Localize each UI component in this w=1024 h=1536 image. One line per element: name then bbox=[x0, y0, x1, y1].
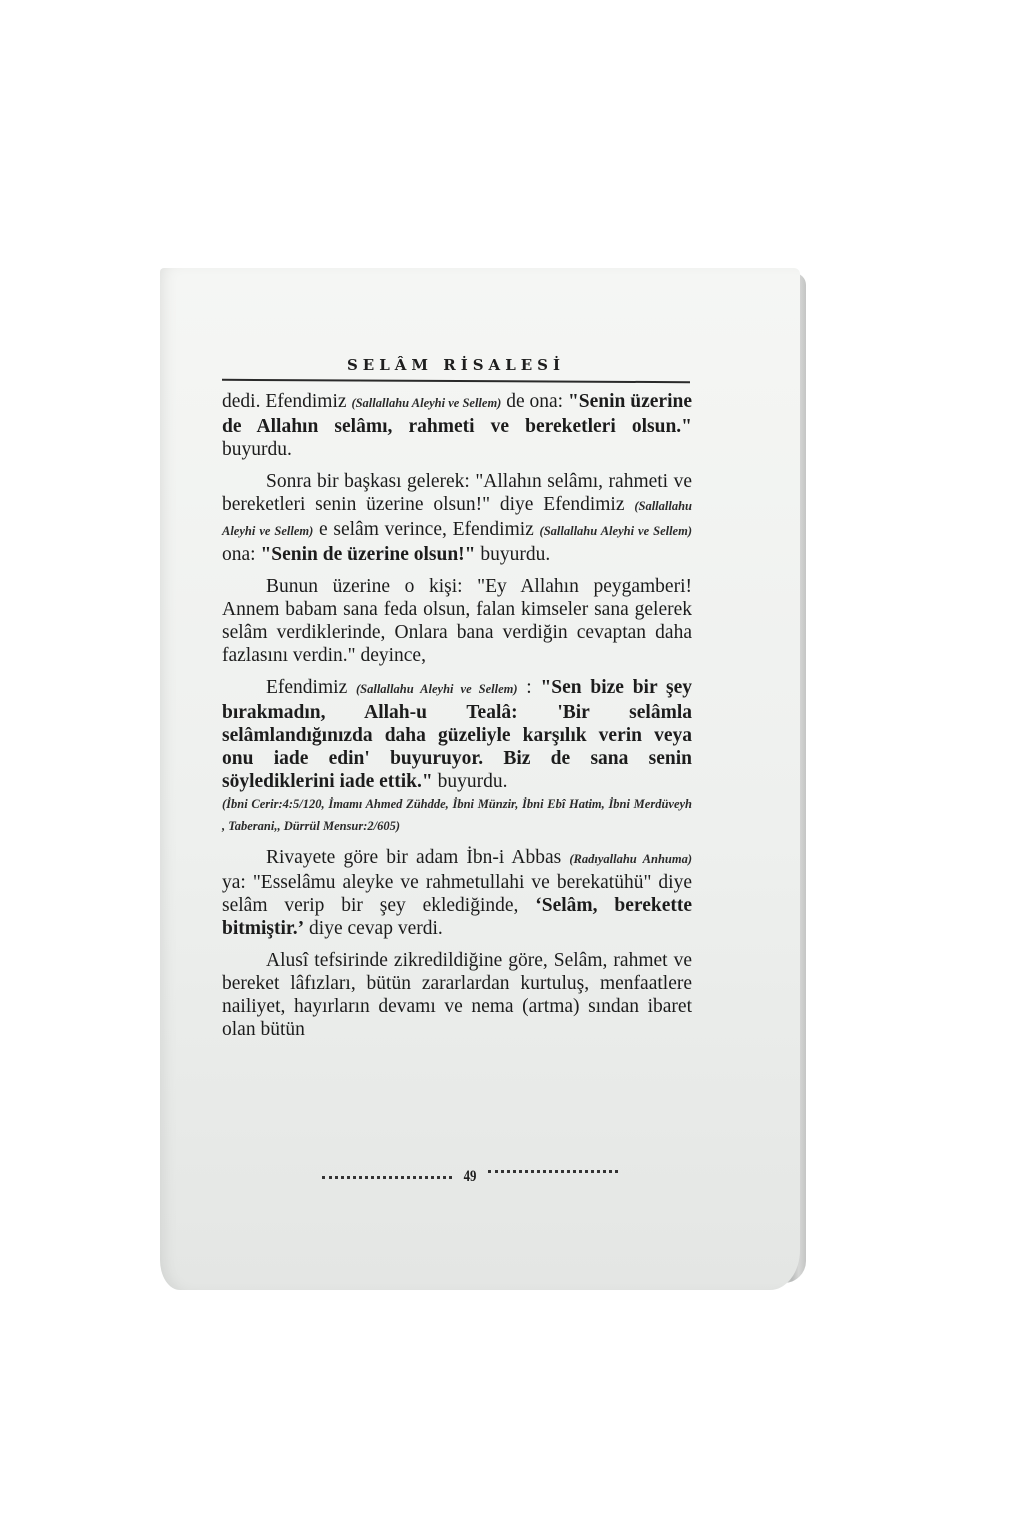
honorific: (Sallallahu Aleyhi ve Sellem) bbox=[351, 396, 501, 410]
dotted-leader-left bbox=[322, 1176, 452, 1179]
text-run: dedi. Efendimiz bbox=[222, 391, 351, 412]
text-run: : bbox=[518, 677, 541, 698]
paragraph-2: Sonra bir başkası gelerek: "Allahın selâ… bbox=[222, 470, 692, 566]
text-run: Efendimiz bbox=[266, 677, 356, 698]
book-page: SELÂM RİSALESİ dedi. Efendimiz (Sallalla… bbox=[160, 268, 800, 1290]
paragraph-1: dedi. Efendimiz (Sallallahu Aleyhi ve Se… bbox=[222, 390, 692, 461]
text-run: de ona: bbox=[501, 391, 568, 412]
text-run: Sonra bir başkası gelerek: "Allahın selâ… bbox=[222, 471, 692, 515]
paragraph-5: Rivayete göre bir adam İbn-i Abbas (Radı… bbox=[222, 846, 692, 940]
text-run: ona: bbox=[222, 544, 260, 565]
text-run: Rivayete göre bir adam İbn-i Abbas bbox=[266, 847, 569, 868]
paragraph-3: Bunun üzerine o kişi: "Ey Allahın peygam… bbox=[222, 575, 692, 667]
paragraph-6: Alusî tefsirinde zikredildiğine göre, Se… bbox=[222, 949, 692, 1041]
honorific: (Sallallahu Aleyhi ve Sellem) bbox=[356, 682, 518, 696]
open-book: SELÂM RİSALESİ dedi. Efendimiz (Sallalla… bbox=[160, 268, 808, 1298]
page-number: 49 bbox=[464, 1168, 477, 1186]
text-run: e selâm verince, Efendimiz bbox=[313, 519, 539, 540]
honorific: (Sallallahu Aleyhi ve Sellem) bbox=[540, 524, 692, 538]
text-run: Alusî tefsirinde zikredildiğine göre, Se… bbox=[222, 950, 692, 1040]
bold-quote: "Senin de üzerine olsun!" bbox=[260, 544, 475, 565]
citation: (İbni Cerir:4:5/120, İmamı Ahmed Zühdde,… bbox=[222, 793, 692, 837]
page-footer: 49 bbox=[310, 1168, 630, 1186]
text-run: diye cevap verdi. bbox=[304, 918, 443, 939]
text-run: buyurdu. bbox=[433, 771, 508, 792]
text-run: buyurdu. bbox=[476, 544, 551, 565]
text-run: buyurdu. bbox=[222, 439, 292, 460]
page-body: dedi. Efendimiz (Sallallahu Aleyhi ve Se… bbox=[222, 390, 692, 1050]
text-run: Bunun üzerine o kişi: "Ey Allahın peygam… bbox=[222, 576, 692, 666]
honorific: (Radıyallahu Anhuma) bbox=[569, 852, 692, 866]
paragraph-4: Efendimiz (Sallallahu Aleyhi ve Sellem) … bbox=[222, 676, 692, 837]
dotted-leader-right bbox=[488, 1170, 618, 1173]
header-rule bbox=[222, 379, 690, 383]
running-head: SELÂM RİSALESİ bbox=[222, 356, 690, 374]
